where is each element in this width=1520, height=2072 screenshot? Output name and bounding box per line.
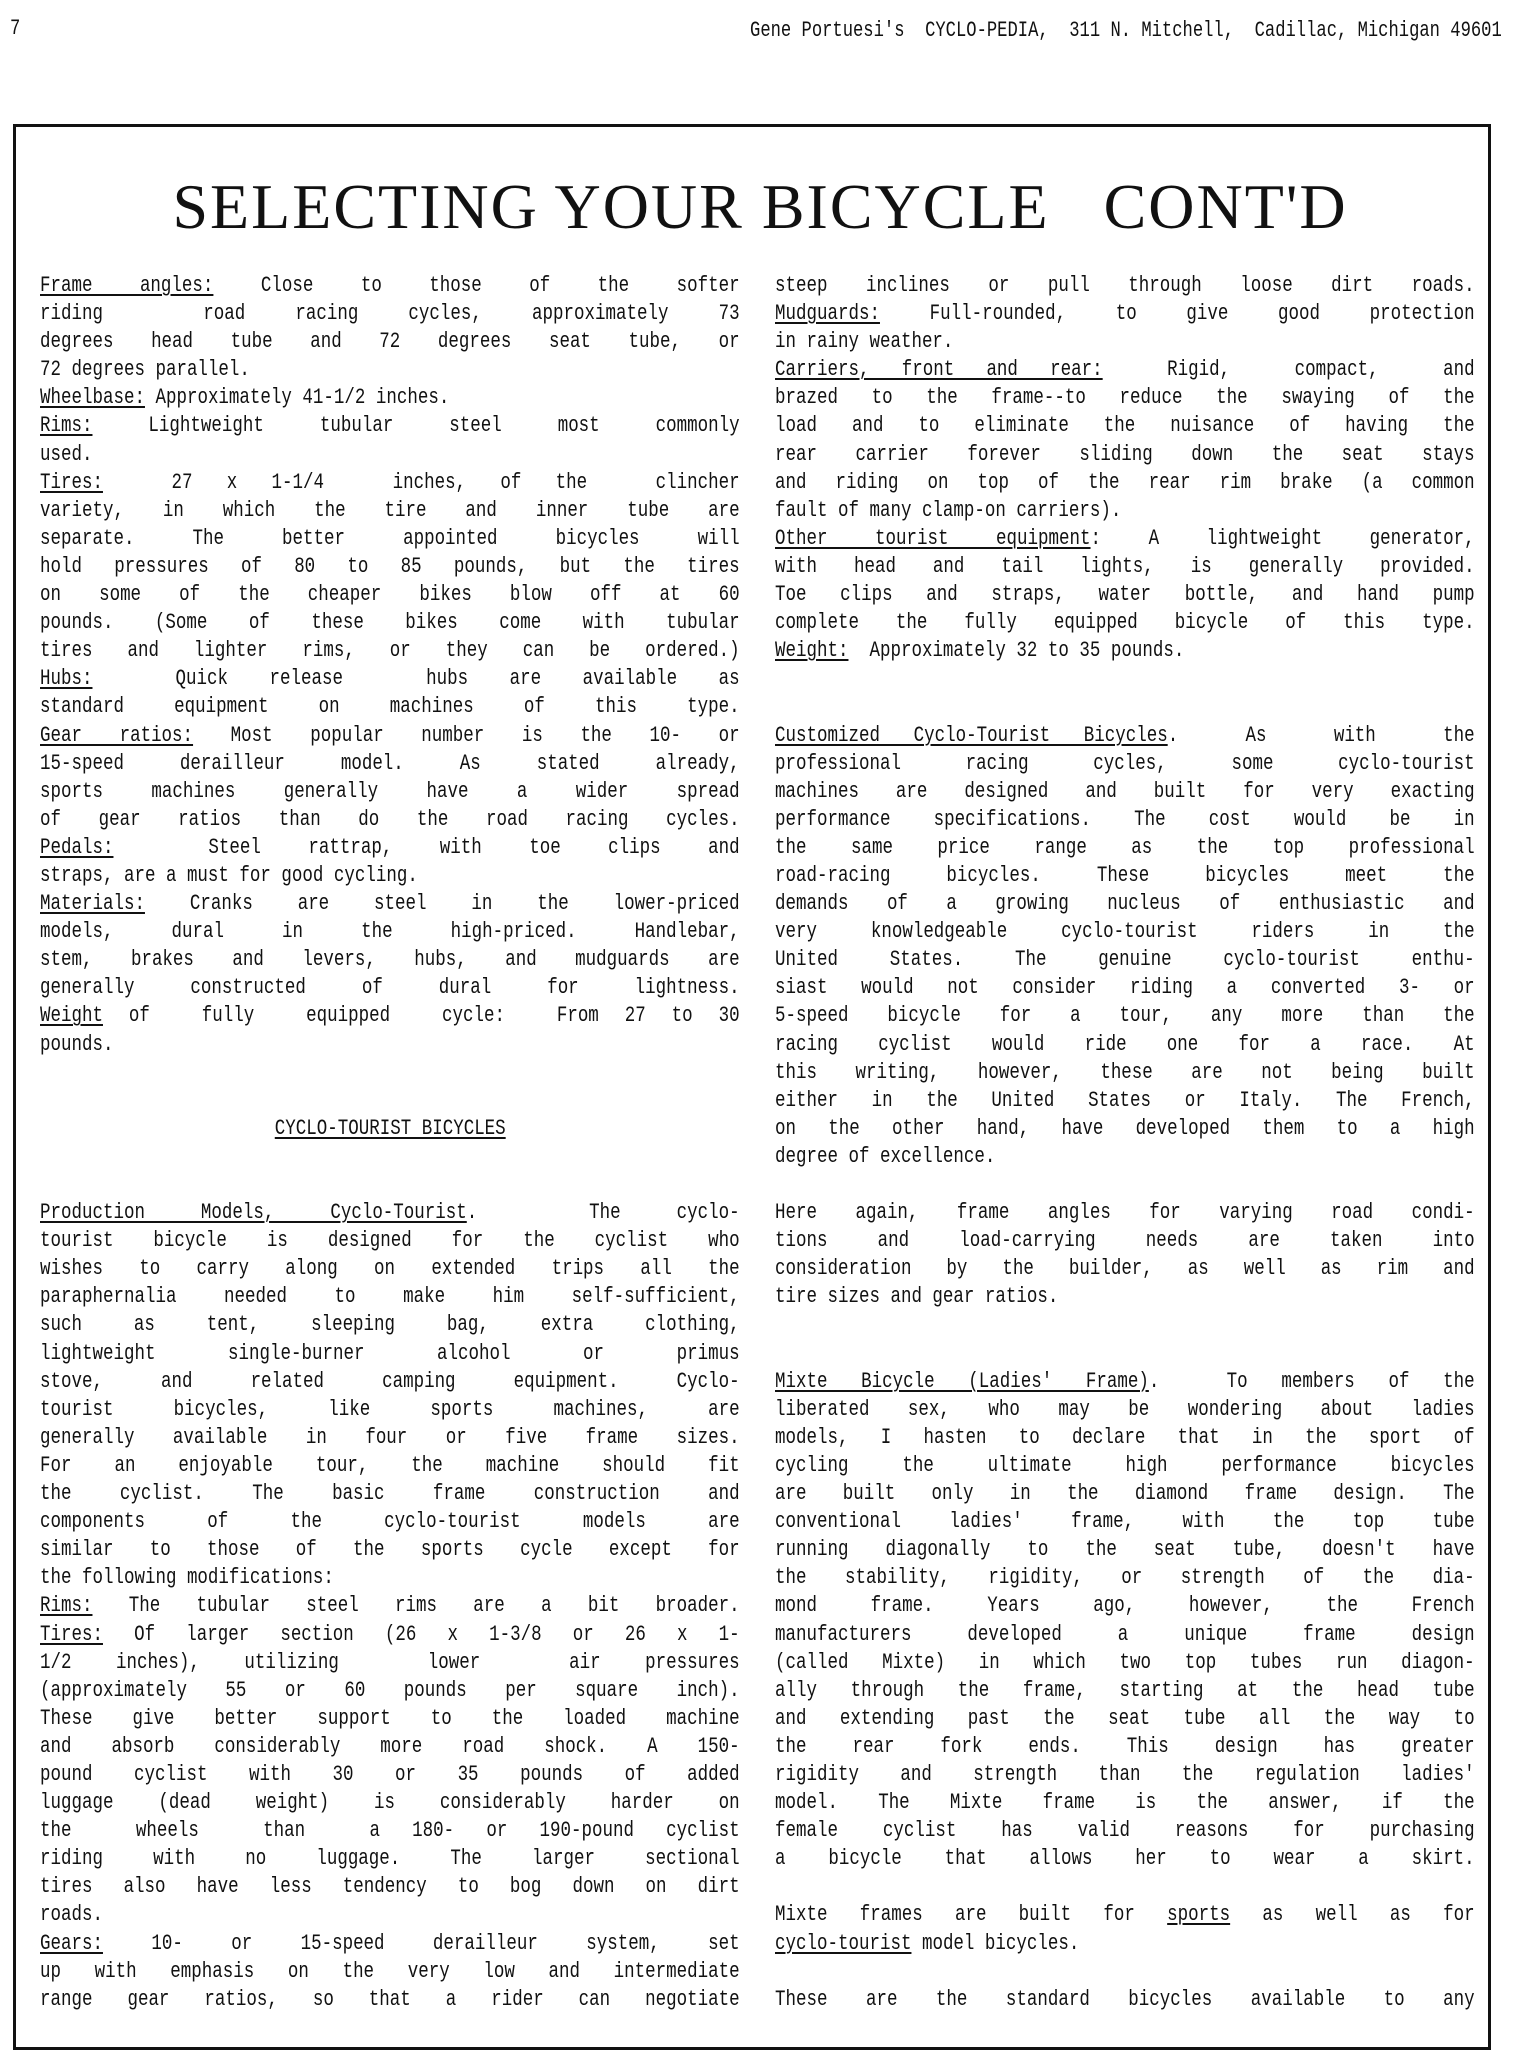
text-line: 1/2 inches), utilizing lower air pressur… xyxy=(40,1649,740,1677)
text-line: roads. xyxy=(40,1901,740,1929)
text-line: Rims: The tubular steel rims are a bit b… xyxy=(40,1592,740,1620)
text-line: Carriers, front and rear: Rigid, compact… xyxy=(775,356,1475,384)
text-line: conventional ladies' frame, with the top… xyxy=(775,1508,1475,1536)
text-line: degree of excellence. xyxy=(775,1143,1475,1171)
text-line: and absorb considerably more road shock.… xyxy=(40,1733,740,1761)
text-line: steep inclines or pull through loose dir… xyxy=(775,272,1475,300)
term-wheelbase: Wheelbase: xyxy=(40,385,145,410)
text-line: riding road racing cycles, approximately… xyxy=(40,300,740,328)
text-line: Frame angles: Close to those of the soft… xyxy=(40,272,740,300)
text-line: in rainy weather. xyxy=(775,328,1475,356)
text-line: lightweight single-burner alcohol or pri… xyxy=(40,1340,740,1368)
text-line: either in the United States or Italy. Th… xyxy=(775,1087,1475,1115)
text-line: tires also have less tendency to bog dow… xyxy=(40,1873,740,1901)
term-production-models: Production Models, Cyclo-Tourist xyxy=(40,1200,467,1225)
text-line: this writing, however, these are not bei… xyxy=(775,1059,1475,1087)
text-line: Mixte frames are built for sports as wel… xyxy=(775,1901,1475,1929)
text-line: manufacturers developed a unique frame d… xyxy=(775,1621,1475,1649)
text-line: brazed to the frame--to reduce the swayi… xyxy=(775,384,1475,412)
text-line: such as tent, sleeping bag, extra clothi… xyxy=(40,1311,740,1339)
text-line: degrees head tube and 72 degrees seat tu… xyxy=(40,328,740,356)
term-materials: Materials: xyxy=(40,891,145,916)
text-line: tire sizes and gear ratios. xyxy=(775,1283,1475,1311)
term-cyclo-tourist: cyclo-tourist xyxy=(775,1931,911,1956)
text-line: 5-speed bicycle for a tour, any more tha… xyxy=(775,1002,1475,1030)
text-line: Pedals: Steel rattrap, with toe clips an… xyxy=(40,834,740,862)
text-line: generally constructed of dural for light… xyxy=(40,974,740,1002)
term-rims: Rims: xyxy=(40,413,92,438)
left-column: Frame angles: Close to those of the soft… xyxy=(40,272,740,2014)
text-line: a bicycle that allows her to wear a skir… xyxy=(775,1845,1475,1873)
term-gear-ratios: Gear ratios: xyxy=(40,723,193,748)
text-line: tourist bicycles, like sports machines, … xyxy=(40,1396,740,1424)
text-line: fault of many clamp-on carriers). xyxy=(775,497,1475,525)
text-line: models, I hasten to declare that in the … xyxy=(775,1424,1475,1452)
text-line: load and to eliminate the nuisance of ha… xyxy=(775,412,1475,440)
text-line: and riding on top of the rear rim brake … xyxy=(775,469,1475,497)
text-line: Production Models, Cyclo-Tourist. The cy… xyxy=(40,1199,740,1227)
text-line: sports machines generally have a wider s… xyxy=(40,778,740,806)
text-line: performance specifications. The cost wou… xyxy=(775,806,1475,834)
term-gears: Gears: xyxy=(40,1931,103,1956)
text-line: consideration by the builder, as well as… xyxy=(775,1255,1475,1283)
text-line: straps, are a must for good cycling. xyxy=(40,862,740,890)
text-line: 15-speed derailleur model. As stated alr… xyxy=(40,750,740,778)
term-weight-tourist: Weight: xyxy=(775,638,848,663)
text-line: Tires: Of larger section (26 x 1-3/8 or … xyxy=(40,1621,740,1649)
text-line: the same price range as the top professi… xyxy=(775,834,1475,862)
text-line: used. xyxy=(40,441,740,469)
text-line: the rear fork ends. This design has grea… xyxy=(775,1733,1475,1761)
term-weight: Weight xyxy=(40,1003,103,1028)
term-carriers: Carriers, front and rear: xyxy=(775,357,1103,382)
text-line: separate. The better appointed bicycles … xyxy=(40,525,740,553)
text-line: Weight: Approximately 32 to 35 pounds. xyxy=(775,637,1475,665)
text-line: mond frame. Years ago, however, the Fren… xyxy=(775,1592,1475,1620)
text-line: hold pressures of 80 to 85 pounds, but t… xyxy=(40,553,740,581)
text-line: (approximately 55 or 60 pounds per squar… xyxy=(40,1677,740,1705)
text-line: (called Mixte) in which two top tubes ru… xyxy=(775,1649,1475,1677)
text-line: wishes to carry along on extended trips … xyxy=(40,1255,740,1283)
text-line: pounds. (Some of these bikes come with t… xyxy=(40,609,740,637)
text-line: professional racing cycles, some cyclo-t… xyxy=(775,750,1475,778)
text-line: with head and tail lights, is generally … xyxy=(775,553,1475,581)
text-line: Here again, frame angles for varying roa… xyxy=(775,1199,1475,1227)
text-line: racing cyclist would ride one for a race… xyxy=(775,1031,1475,1059)
text-line: Gears: 10- or 15-speed derailleur system… xyxy=(40,1930,740,1958)
right-column: steep inclines or pull through loose dir… xyxy=(775,272,1475,2014)
text-line: on some of the cheaper bikes blow off at… xyxy=(40,581,740,609)
text-line: the stability, rigidity, or strength of … xyxy=(775,1564,1475,1592)
text-line: complete the fully equipped bicycle of t… xyxy=(775,609,1475,637)
text-line: pound cyclist with 30 or 35 pounds of ad… xyxy=(40,1761,740,1789)
text-line: components of the cyclo-tourist models a… xyxy=(40,1508,740,1536)
text-line: tions and load-carrying needs are taken … xyxy=(775,1227,1475,1255)
term-rims-tourist: Rims: xyxy=(40,1593,92,1618)
text-line: machines are designed and built for very… xyxy=(775,778,1475,806)
text-line: Wheelbase: Approximately 41-1/2 inches. xyxy=(40,384,740,412)
text-line: siast would not consider riding a conver… xyxy=(775,974,1475,1002)
text-line: Gear ratios: Most popular number is the … xyxy=(40,722,740,750)
term-mudguards: Mudguards: xyxy=(775,301,880,326)
page-title: SELECTING YOUR BICYCLE CONT'D xyxy=(0,170,1520,244)
term-customized: Customized Cyclo-Tourist Bicycles xyxy=(775,723,1168,748)
text-line: Tires: 27 x 1-1/4 inches, of the clinche… xyxy=(40,469,740,497)
text-line: range gear ratios, so that a rider can n… xyxy=(40,1986,740,2014)
text-line: of gear ratios than do the road racing c… xyxy=(40,806,740,834)
text-line: tourist bicycle is designed for the cycl… xyxy=(40,1227,740,1255)
running-head: Gene Portuesi's CYCLO-PEDIA, 311 N. Mitc… xyxy=(750,18,1502,43)
term-frame-angles: Frame angles: xyxy=(40,273,213,298)
section-heading: CYCLO-TOURIST BICYCLES xyxy=(40,1115,740,1143)
text-line: demands of a growing nucleus of enthusia… xyxy=(775,890,1475,918)
term-other-equipment: Other tourist equipment xyxy=(775,526,1091,551)
text-line: pounds. xyxy=(40,1031,740,1059)
text-line: Hubs: Quick release hubs are available a… xyxy=(40,665,740,693)
page-number: 7 xyxy=(10,16,20,41)
text-line: road-racing bicycles. These bicycles mee… xyxy=(775,862,1475,890)
text-line: These give better support to the loaded … xyxy=(40,1705,740,1733)
text-line: cycling the ultimate high performance bi… xyxy=(775,1452,1475,1480)
term-hubs: Hubs: xyxy=(40,666,92,691)
text-line: rear carrier forever sliding down the se… xyxy=(775,441,1475,469)
text-line: similar to those of the sports cycle exc… xyxy=(40,1536,740,1564)
text-line: Mixte Bicycle (Ladies' Frame). To member… xyxy=(775,1368,1475,1396)
text-line: the cyclist. The basic frame constructio… xyxy=(40,1480,740,1508)
text-line: standard equipment on machines of this t… xyxy=(40,693,740,721)
text-line: For an enjoyable tour, the machine shoul… xyxy=(40,1452,740,1480)
text-line: Rims: Lightweight tubular steel most com… xyxy=(40,412,740,440)
text-line: models, dural in the high-priced. Handle… xyxy=(40,918,740,946)
text-line: riding with no luggage. The larger secti… xyxy=(40,1845,740,1873)
text-line: generally available in four or five fram… xyxy=(40,1424,740,1452)
text-line: stem, brakes and levers, hubs, and mudgu… xyxy=(40,946,740,974)
text-line: are built only in the diamond frame desi… xyxy=(775,1480,1475,1508)
text-line: the wheels than a 180- or 190-pound cycl… xyxy=(40,1817,740,1845)
text-line: Customized Cyclo-Tourist Bicycles. As wi… xyxy=(775,722,1475,750)
text-line: Other tourist equipment: A lightweight g… xyxy=(775,525,1475,553)
text-line: on the other hand, have developed them t… xyxy=(775,1115,1475,1143)
text-line: stove, and related camping equipment. Cy… xyxy=(40,1368,740,1396)
text-line: Materials: Cranks are steel in the lower… xyxy=(40,890,740,918)
text-line: Toe clips and straps, water bottle, and … xyxy=(775,581,1475,609)
text-line: the following modifications: xyxy=(40,1564,740,1592)
text-line: up with emphasis on the very low and int… xyxy=(40,1958,740,1986)
text-line: These are the standard bicycles availabl… xyxy=(775,1986,1475,2014)
text-line: very knowledgeable cyclo-tourist riders … xyxy=(775,918,1475,946)
text-line: Weight of fully equipped cycle: From 27 … xyxy=(40,1002,740,1030)
text-line: liberated sex, who may be wondering abou… xyxy=(775,1396,1475,1424)
text-line: rigidity and strength than the regulatio… xyxy=(775,1761,1475,1789)
text-line: cyclo-tourist model bicycles. xyxy=(775,1930,1475,1958)
text-line: United States. The genuine cyclo-tourist… xyxy=(775,946,1475,974)
term-pedals: Pedals: xyxy=(40,835,113,860)
text-line: model. The Mixte frame is the answer, if… xyxy=(775,1789,1475,1817)
text-line: Mudguards: Full-rounded, to give good pr… xyxy=(775,300,1475,328)
term-tires: Tires: xyxy=(40,470,103,495)
text-line: variety, in which the tire and inner tub… xyxy=(40,497,740,525)
text-line: paraphernalia needed to make him self-su… xyxy=(40,1283,740,1311)
term-tires-tourist: Tires: xyxy=(40,1622,103,1647)
text-line: luggage (dead weight) is considerably ha… xyxy=(40,1789,740,1817)
text-line: female cyclist has valid reasons for pur… xyxy=(775,1817,1475,1845)
text-line: running diagonally to the seat tube, doe… xyxy=(775,1536,1475,1564)
text-line: 72 degrees parallel. xyxy=(40,356,740,384)
text-line: and extending past the seat tube all the… xyxy=(775,1705,1475,1733)
text-line: tires and lighter rims, or they can be o… xyxy=(40,637,740,665)
term-mixte: Mixte Bicycle (Ladies' Frame) xyxy=(775,1369,1149,1394)
term-sports: sports xyxy=(1167,1902,1230,1927)
text-line: ally through the frame, starting at the … xyxy=(775,1677,1475,1705)
